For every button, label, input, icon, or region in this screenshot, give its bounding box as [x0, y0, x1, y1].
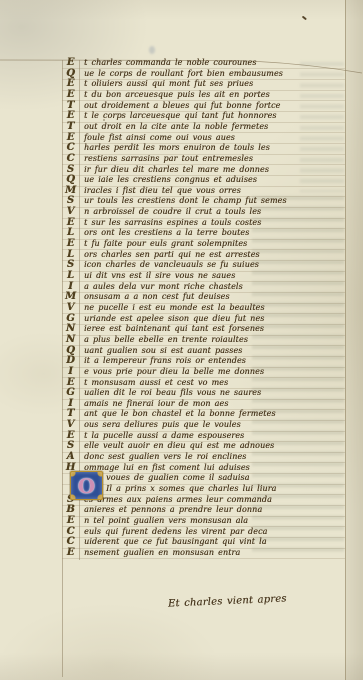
- verse-line: euls qui furent dedens les virent par de…: [84, 527, 340, 538]
- verse-line: out droit en la cite ante la noble ferme…: [84, 122, 340, 133]
- verse-line: ors charles sen parti qui ne est arreste…: [84, 250, 340, 261]
- verse-line: Il a prins x somes que charles lui liura: [106, 484, 340, 495]
- ink-speck: [302, 16, 307, 20]
- verse-line: ommage lui en fist coment lui aduises: [84, 463, 340, 474]
- verse-line: voues de gualien come il saduisa: [106, 473, 340, 484]
- verse-line: t le corps larceuesque qui tant fut honn…: [84, 111, 340, 122]
- verse-line: t charles commanda le noble courounes: [84, 58, 340, 69]
- catchword: Et charles vient apres: [168, 593, 288, 609]
- verse-line: ue le corps de roullant fort bien embaus…: [84, 69, 340, 80]
- verse-line: amais ne finerai iour de mon aes: [84, 399, 340, 410]
- ink-smudge: [149, 46, 155, 54]
- verse-line: uant gualien sou si est auant passes: [84, 346, 340, 357]
- verse-line: ieree est baintenant qui tant est forsen…: [84, 324, 340, 335]
- verse-line: elle veult auoir en dieu qui est me adno…: [84, 441, 340, 452]
- verse-line: ir fur dieu dit charles tel mare me donn…: [84, 165, 340, 176]
- illuminated-initial: O: [70, 471, 103, 500]
- verse-line: e vous prie pour dieu la belle me donnes: [84, 367, 340, 378]
- verse-line: nsement gualien en monsusan entra: [84, 548, 340, 559]
- verse-line: icon charles de vancleuauls se fu suiues: [84, 260, 340, 271]
- verse-line: n tel point gualien vers monsusan ala: [84, 516, 340, 527]
- verse-line: uiderent que ce fut bausingant qui vint …: [84, 537, 340, 548]
- verse-line: anieres et pennons a prendre leur donna: [84, 505, 340, 516]
- verse-line: onsusam a a non cest fut deuises: [84, 292, 340, 303]
- verse-line: t fu faite pour euls grant solempnites: [84, 239, 340, 250]
- verse-line: out droidement a bleues qui fut bonne fo…: [84, 101, 340, 112]
- verse-line: uriande est apelee sison que dieu fut ne…: [84, 314, 340, 325]
- verse-line: restiens sarrasins par tout entremesles: [84, 154, 340, 165]
- verse-line: donc sest gualien vers le roi enclines: [84, 452, 340, 463]
- verse-line: ne pucelle i est eu monde est la beaulte…: [84, 303, 340, 314]
- illuminated-letter: O: [71, 472, 102, 499]
- ink-speck: [103, 119, 105, 121]
- verse-line: ous sera deliures puis que le voules: [84, 420, 340, 431]
- verse-line: n arbroissel de coudre il crut a touls l…: [84, 207, 340, 218]
- verse-line: ui dit vns est il sire vous ne saues: [84, 271, 340, 282]
- verse-line: iracles i fist dieu tel que vous orres: [84, 186, 340, 197]
- verse-line: a aules dela vur mont riche chastels: [84, 282, 340, 293]
- verse-line: foule fist ainsi come oui vous aues: [84, 133, 340, 144]
- verse-line: it a lempereur frans rois or entendes: [84, 356, 340, 367]
- verse-line: harles perdit les mors enuiron de touls …: [84, 143, 340, 154]
- verse-line: ur touls les crestiens dont le champ fut…: [84, 196, 340, 207]
- line-initial: E: [62, 548, 79, 559]
- manuscript-page: t charles commanda le noble courounesEue…: [0, 0, 363, 680]
- verse-line: t sur les sarrasins espines a touls cost…: [84, 218, 340, 229]
- verse-line: t monsusam aussi et cest vo mes: [84, 378, 340, 389]
- verse-line: t oliuiers aussi qui mont fut ses priues: [84, 79, 340, 90]
- verse-line: ualien dit le roi beau fils vous ne saur…: [84, 388, 340, 399]
- verse-line: t la pucelle aussi a dame espouseres: [84, 431, 340, 442]
- verse-line: a plus belle ebelle en trente roiaultes: [84, 335, 340, 346]
- page-edge: [345, 0, 363, 680]
- verse-line: ors ont les crestiens a la terre boutes: [84, 228, 340, 239]
- verse-line: ue iaie les crestiens congnus et aduises: [84, 175, 340, 186]
- verse-line: ant que le bon chastel et la bonne ferme…: [84, 409, 340, 420]
- verse-line: es armes aux paiens armes leur commanda: [84, 495, 340, 506]
- verse-line: t du bon arceuesque puis les ait en port…: [84, 90, 340, 101]
